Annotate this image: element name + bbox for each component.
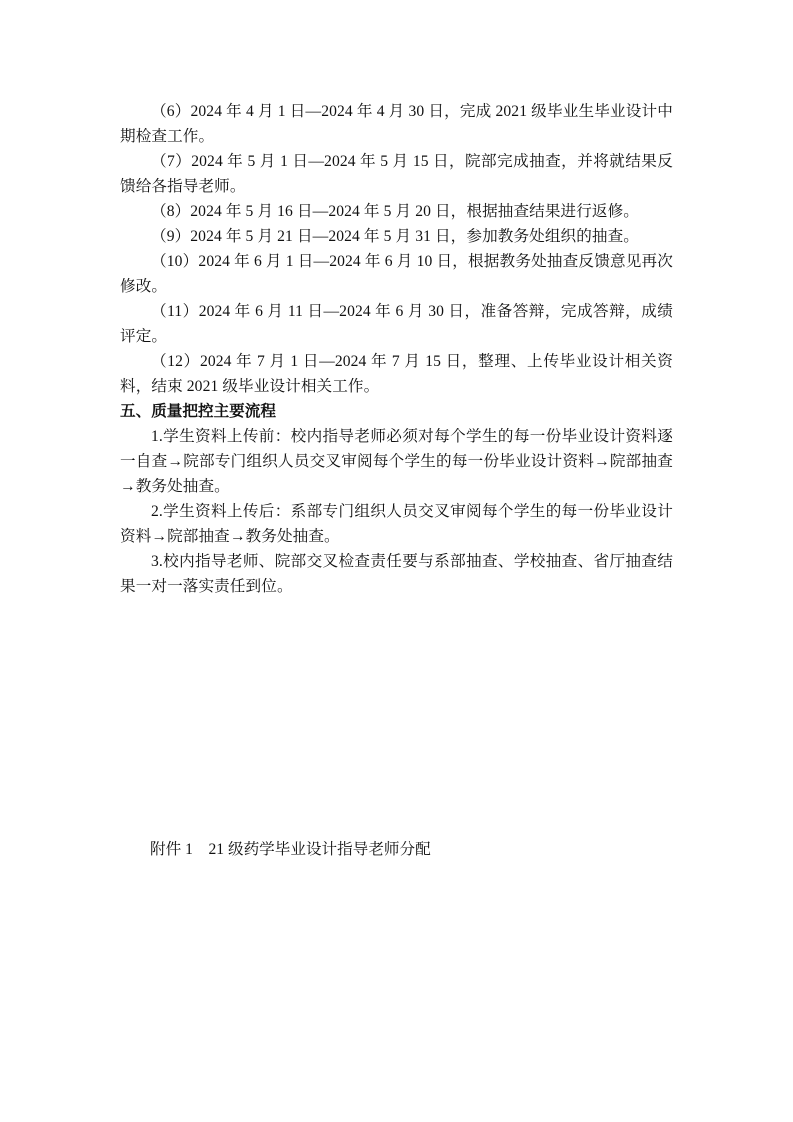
document-body: （6）2024 年 4 月 1 日—2024 年 4 月 30 日，完成 202…: [120, 99, 673, 599]
section-heading: 五、质量把控主要流程: [120, 399, 673, 424]
attachment-title: 附件 1 21 级药学毕业设计指导老师分配: [150, 837, 431, 862]
schedule-item-12: （12）2024 年 7 月 1 日—2024 年 7 月 15 日，整理、上传…: [120, 349, 673, 399]
schedule-item-6: （6）2024 年 4 月 1 日—2024 年 4 月 30 日，完成 202…: [120, 99, 673, 149]
schedule-item-9: （9）2024 年 5 月 21 日—2024 年 5 月 31 日，参加教务处…: [120, 224, 673, 249]
schedule-item-7: （7）2024 年 5 月 1 日—2024 年 5 月 15 日，院部完成抽查…: [120, 149, 673, 199]
schedule-item-11: （11）2024 年 6 月 11 日—2024 年 6 月 30 日，准备答辩…: [120, 299, 673, 349]
process-item-1: 1.学生资料上传前：校内指导老师必须对每个学生的每一份毕业设计资料逐一自查→院部…: [120, 424, 673, 499]
process-item-3: 3.校内指导老师、院部交叉检查责任要与系部抽查、学校抽查、省厅抽查结果一对一落实…: [120, 549, 673, 599]
process-item-2: 2.学生资料上传后：系部专门组织人员交叉审阅每个学生的每一份毕业设计资料→院部抽…: [120, 499, 673, 549]
schedule-item-8: （8）2024 年 5 月 16 日—2024 年 5 月 20 日，根据抽查结…: [120, 199, 673, 224]
schedule-item-10: （10）2024 年 6 月 1 日—2024 年 6 月 10 日，根据教务处…: [120, 249, 673, 299]
